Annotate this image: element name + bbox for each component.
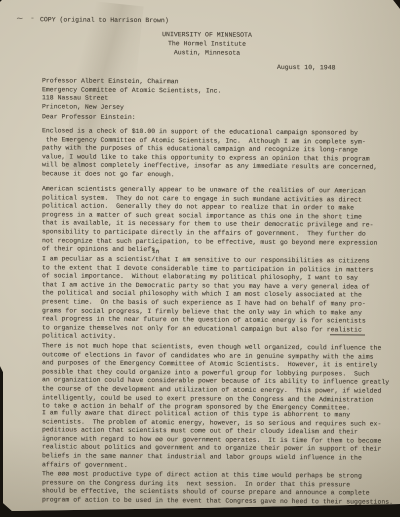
salutation: Dear Professor Einstein: xyxy=(42,113,136,122)
over-page-note: over xyxy=(347,504,363,513)
letter-paper: ~ - COPY (original to Harrison Brown) UN… xyxy=(0,0,400,517)
pencil-mark: - xyxy=(31,14,34,23)
recipient-address: Professor Albert Einstein, Chairman Emer… xyxy=(42,77,221,113)
letterhead-city: Austin, Minnesota xyxy=(87,48,327,59)
letter-date: August 10, 1948 xyxy=(277,64,336,73)
pencil-mark: ~ xyxy=(16,15,24,24)
body-paragraph-1: Enclosed is a check of $10.00 in support… xyxy=(42,127,398,181)
body-paragraph-6: The øøø most productive type of direct a… xyxy=(42,470,398,507)
body-paragraph-2: American scientists generally appear to … xyxy=(42,185,398,256)
letterhead: UNIVERSITY OF MINNESOTA The Hormel Insti… xyxy=(87,30,327,59)
body-paragraph-4: There is not much hope that scientists, … xyxy=(42,342,398,413)
typewritten-text-layer: ~ - COPY (original to Harrison Brown) UN… xyxy=(0,0,400,517)
body-paragraph-3: I am peculiar as a scientist/that I am s… xyxy=(42,255,398,343)
copy-annotation: COPY (original to Harrison Brown) xyxy=(40,16,169,25)
body-paragraph-5: I am fully aware that direct political a… xyxy=(42,409,398,472)
scanned-letter-photo: { "letter": { "copy_note": "COPY (origin… xyxy=(0,0,400,517)
